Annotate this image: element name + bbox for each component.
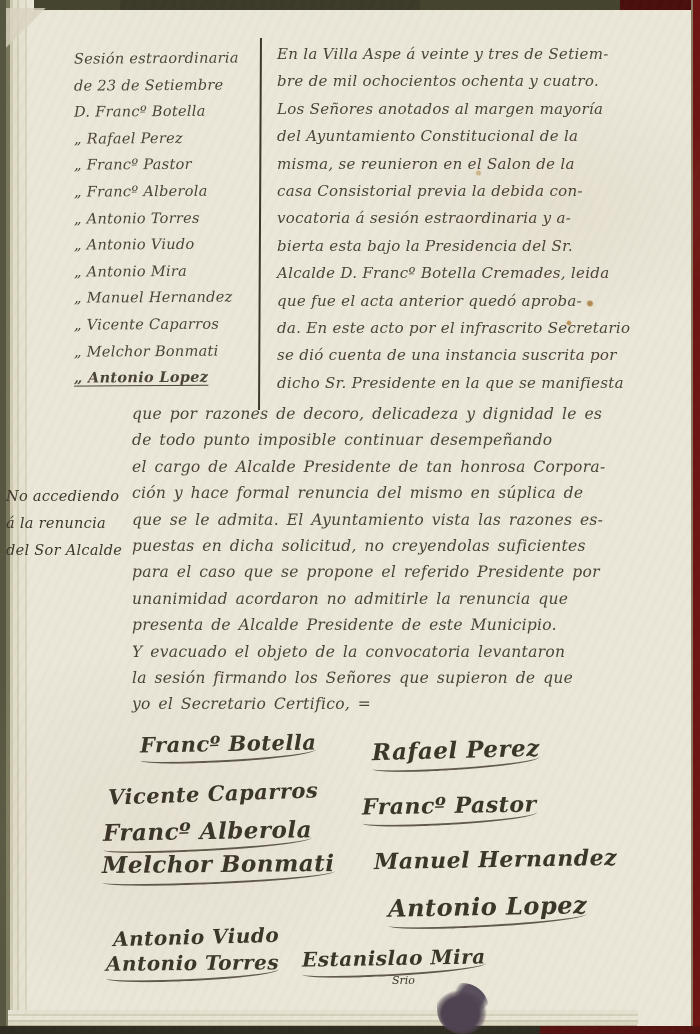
signature-antonio-torres: Antonio Torres [106, 950, 279, 982]
scan-edge-bottom [0, 1026, 700, 1034]
body-line: de todo punto imposible continuar desemp… [132, 427, 677, 453]
signature-rafael-perez: Rafael Perez [372, 735, 541, 772]
body-line: bierta esta bajo la Presidencia del Sr. [277, 233, 677, 260]
margin-line: „ Vicente Caparros [74, 311, 260, 339]
body-line: se dió cuenta de una instancia suscrita … [277, 342, 677, 369]
body-line: del Ayuntamiento Constitucional de la [277, 123, 677, 150]
ink-blot-stain [437, 983, 489, 1034]
margin-line: „ Antonio Lopez [74, 364, 260, 392]
body-line: dicho Sr. Presidente en la que se manifi… [277, 370, 677, 397]
margin-line: Sesión estraordinaria [74, 45, 260, 73]
body-line: misma, se reunieron en el Salon de la [277, 151, 677, 178]
page-corner-fold [6, 8, 52, 60]
body-line: que fue el acta anterior quedó aproba- [277, 288, 677, 315]
manuscript-scan: Sesión estraordinariade 23 de SetiembreD… [0, 0, 700, 1034]
margin-line: „ Rafael Perez [74, 125, 260, 153]
body-line: presenta de Alcalde Presidente de este M… [132, 612, 677, 638]
scan-edge-right [691, 0, 700, 1034]
margin-line: „ Francº Pastor [74, 152, 260, 180]
body-line: Alcalde D. Francº Botella Cremades, leid… [277, 260, 677, 287]
body-line: da. En este acto por el infrascrito Secr… [277, 315, 677, 342]
signature-antonio-viudo: Antonio Viudo [113, 923, 280, 951]
margin-line: „ Francº Alberola [74, 178, 260, 206]
margin-line: de 23 de Setiembre [74, 72, 260, 100]
body-line: En la Villa Aspe á veinte y tres de Seti… [277, 41, 677, 68]
signature-francisco-alberola: Francº Alberola [103, 816, 313, 853]
body-line: el cargo de Alcalde Presidente de tan ho… [132, 454, 677, 480]
body-line: unanimidad acordaron no admitirle la ren… [132, 586, 677, 612]
margin-annotation-line: No accediendo [6, 484, 136, 511]
body-line: puestas en dicha solicitud, no creyendol… [132, 533, 677, 559]
margin-line: D. Francº Botella [74, 99, 260, 127]
body-text-full-width: que por razones de decoro, delicadeza y … [132, 401, 677, 718]
secretary-abbreviation: Srio [392, 974, 415, 987]
body-line: bre de mil ochocientos ochenta y cuatro. [277, 68, 677, 95]
body-text-column: En la Villa Aspe á veinte y tres de Seti… [277, 41, 677, 397]
body-line: vocatoria á sesión estraordinaria y a- [277, 205, 677, 232]
signature-francisco-pastor: Francº Pastor [362, 791, 537, 826]
body-line: Y evacuado el objeto de la convocatoria … [132, 639, 677, 665]
body-line: yo el Secretario Certifico, = [132, 691, 677, 717]
body-line: Los Señores anotados al margen mayoría [277, 96, 677, 123]
body-line: que se le admita. El Ayuntamiento vista … [132, 507, 677, 533]
margin-line: „ Manuel Hernandez [74, 285, 260, 313]
body-line: para el caso que se propone el referido … [132, 559, 677, 585]
signature-antonio-lopez: Antonio Lopez [388, 890, 588, 928]
margin-line: „ Antonio Torres [74, 205, 260, 233]
signature-estanislao-mira-secretary: Estanislao Mira [302, 944, 486, 977]
body-line: ción y hace formal renuncia del mismo en… [132, 480, 677, 506]
signature-vicente-caparros: Vicente Caparros [108, 777, 319, 809]
margin-line: „ Antonio Mira [74, 258, 260, 286]
margin-line: „ Melchor Bonmati [74, 338, 260, 366]
body-line: que por razones de decoro, delicadeza y … [132, 401, 677, 427]
signature-melchor-bonmati: Melchor Bonmati [102, 850, 335, 885]
body-line: la sesión firmando los Señores que supie… [132, 665, 677, 691]
margin-attendee-list: Sesión estraordinariade 23 de SetiembreD… [74, 46, 260, 392]
scan-edge-top [0, 0, 700, 10]
margin-annotation: No accediendoá la renunciadel Sor Alcald… [6, 484, 136, 565]
signature-manuel-hernandez: Manuel Hernandez [374, 845, 618, 875]
signature-francisco-botella: Francº Botella [140, 729, 317, 763]
margin-line: „ Antonio Viudo [74, 232, 260, 260]
body-line: casa Consistorial previa la debida con- [277, 178, 677, 205]
margin-annotation-line: del Sor Alcalde [6, 538, 136, 565]
margin-annotation-line: á la renuncia [6, 511, 136, 538]
